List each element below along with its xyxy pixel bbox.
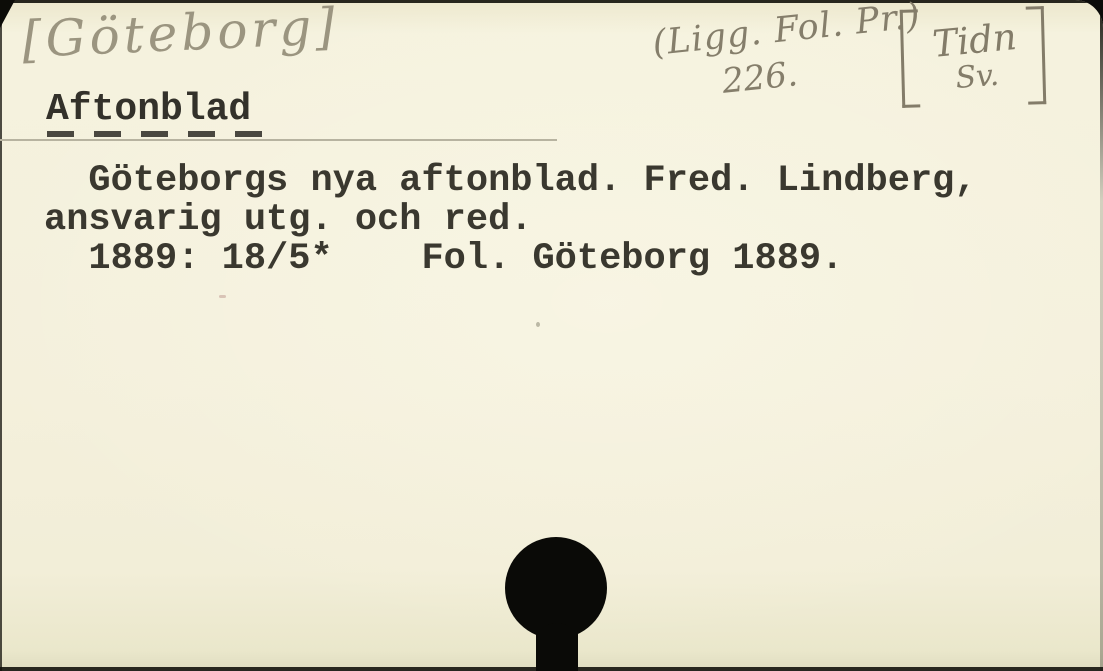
bracket-label-line2: Sv.: [954, 59, 1018, 94]
handwritten-place-annotation: [Göteborg]: [21, 0, 340, 69]
catalog-entry: Göteborgs nya aftonblad. Fred. Lindberg,…: [44, 162, 977, 279]
divider-line: [0, 139, 557, 141]
scan-corner-artifact: [0, 0, 15, 28]
index-card: [Göteborg] (Ligg. Fol. Pr.) 226. Tidn Sv…: [0, 0, 1103, 671]
handwritten-bracket-annotation: Tidn Sv.: [900, 6, 1047, 108]
scan-edge-top: [0, 0, 1103, 3]
catalog-entry-line-2: ansvarig utg. och red.: [44, 199, 532, 241]
catalog-entry-line-1: Göteborgs nya aftonblad. Fred. Lindberg,: [44, 160, 977, 202]
heading-dashed-underline: [47, 131, 262, 137]
scan-edge-left: [0, 0, 2, 671]
paper-speck: [536, 322, 540, 327]
paper-speck: [219, 295, 226, 298]
catalog-card-scan: [Göteborg] (Ligg. Fol. Pr.) 226. Tidn Sv…: [0, 0, 1103, 671]
bracket-label-line1: Tidn: [931, 18, 1018, 64]
catalog-entry-line-3: 1889: 18/5* Fol. Göteborg 1889.: [44, 238, 843, 280]
bracket-close-glyph: [1026, 6, 1047, 104]
card-heading-title: Aftonblad: [46, 90, 251, 130]
handwritten-number-annotation: 226.: [720, 54, 799, 102]
keyhole-punch-icon: [505, 537, 607, 671]
